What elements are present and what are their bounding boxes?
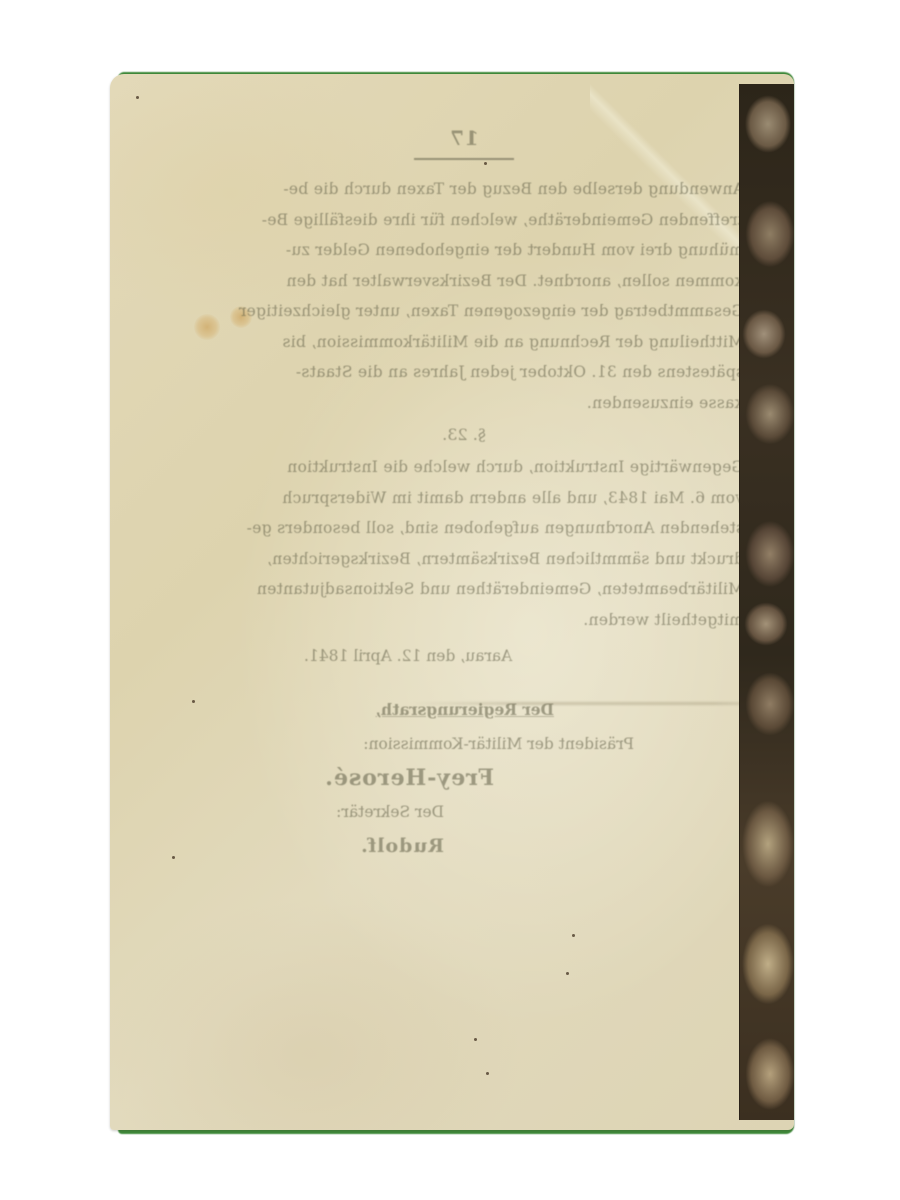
paper-speck [136,96,139,99]
text-line: druckt und sämmtlichen Bezirksämtern, Be… [184,544,744,575]
paper-speck [172,856,175,859]
text-line: Gegenwärtige Instruktion, durch welche d… [184,452,744,483]
text-line: mühung drei vom Hundert der eingehobenen… [184,235,744,266]
marbled-binding-strip [739,84,794,1120]
text-line: spätestens den 31. Oktober jeden Jahres … [184,357,744,388]
paper-speck [486,1072,489,1075]
paper-speck [474,1038,477,1041]
text-line: Anwendung derselbe den Bezug der Taxen d… [184,174,744,205]
text-line: Mittheilung der Rechnung an die Militärk… [184,327,744,358]
dateline: Aarau, den 12. April 1841. [184,641,744,671]
signature-name: Frey-Herosé. [184,761,744,795]
signature-block: Der Regierungsrath, Präsident der Militä… [184,693,744,863]
text-line: treffenden Gemeinderäthe, welchen für ih… [184,205,744,236]
page-number-rule [414,158,514,160]
signature-role: Präsident der Militär-Kommission: [184,727,744,761]
signature-authority: Der Regierungsrath, [184,693,744,727]
text-line: mitgetheilt werden. [184,605,744,636]
text-line: Gesammtbetrag der eingezogenen Taxen, un… [184,296,744,327]
paragraph-1: Anwendung derselbe den Bezug der Taxen d… [184,174,744,418]
secretary-role: Der Sekretär: [184,795,744,829]
page-number: 17 [184,126,744,152]
text-line: vom 6. Mai 1843, und alle andern damit i… [184,483,744,514]
text-line: kasse einzusenden. [184,388,744,419]
secretary-name: Rudolf. [184,829,744,863]
paper-speck [566,972,569,975]
text-line: kommen sollen, anordnet. Der Bezirksverw… [184,266,744,297]
document-leaf: 17 Anwendung derselbe den Bezug der Taxe… [110,74,794,1130]
section-heading: §. 23. [184,420,744,450]
showthrough-text: 17 Anwendung derselbe den Bezug der Taxe… [184,126,744,863]
paragraph-2: Gegenwärtige Instruktion, durch welche d… [184,452,744,635]
paper-speck [572,934,575,937]
text-line: Militärbeamteten, Gemeinderäthen und Sek… [184,574,744,605]
photo-stage: 17 Anwendung derselbe den Bezug der Taxe… [0,0,900,1200]
text-line: stehenden Anordnungen aufgehoben sind, s… [184,513,744,544]
